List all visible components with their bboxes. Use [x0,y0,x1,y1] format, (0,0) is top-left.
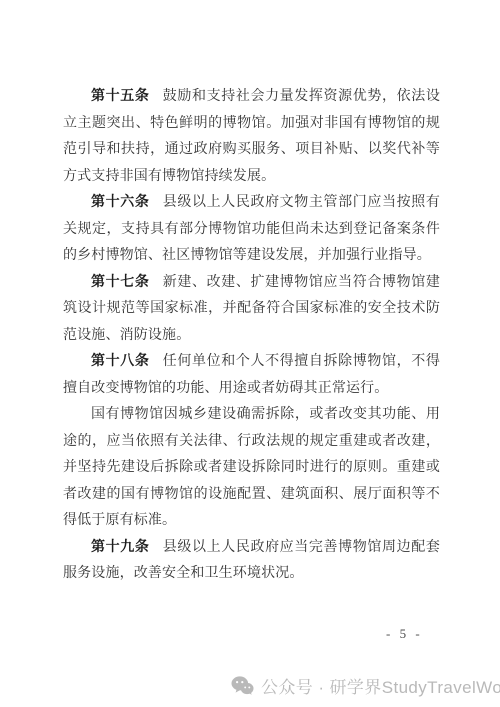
paragraph: 第十六条县级以上人民政府文物主管部门应当按照有关规定，支持具有部分博物馆功能但尚… [63,190,440,270]
paragraph: 国有博物馆因城乡建设确需拆除，或者改变其功能、用途的，应当依照有关法律、行政法规… [63,402,440,535]
watermark-footer: 公众号 · 研学界StudyTravelWorld [231,673,500,698]
article-text: 国有博物馆因城乡建设确需拆除，或者改变其功能、用途的，应当依照有关法律、行政法规… [63,407,440,528]
paragraph: 第十五条鼓励和支持社会力量发挥资源优势，依法设立主题突出、特色鲜明的博物馆。加强… [63,84,440,190]
paragraph: 第十八条任何单位和个人不得擅自拆除博物馆，不得擅自改变博物馆的功能、用途或者妨碍… [63,349,440,402]
article-number: 第十七条 [91,275,149,290]
document-page: 第十五条鼓励和支持社会力量发挥资源优势，依法设立主题突出、特色鲜明的博物馆。加强… [0,0,500,707]
document-body: 第十五条鼓励和支持社会力量发挥资源优势，依法设立主题突出、特色鲜明的博物馆。加强… [63,84,440,588]
paragraph: 第十七条新建、改建、扩建博物馆应当符合博物馆建筑设计规范等国家标准，并配备符合国… [63,270,440,350]
watermark-text: 公众号 · 研学界StudyTravelWorld [261,673,500,698]
page-number: - 5 - [386,626,423,642]
article-number: 第十九条 [91,540,149,555]
article-number: 第十八条 [91,354,149,369]
article-number: 第十六条 [91,195,149,210]
wechat-icon [231,676,254,695]
paragraph: 第十九条县级以上人民政府应当完善博物馆周边配套服务设施，改善安全和卫生环境状况。 [63,535,440,588]
article-number: 第十五条 [91,89,149,104]
